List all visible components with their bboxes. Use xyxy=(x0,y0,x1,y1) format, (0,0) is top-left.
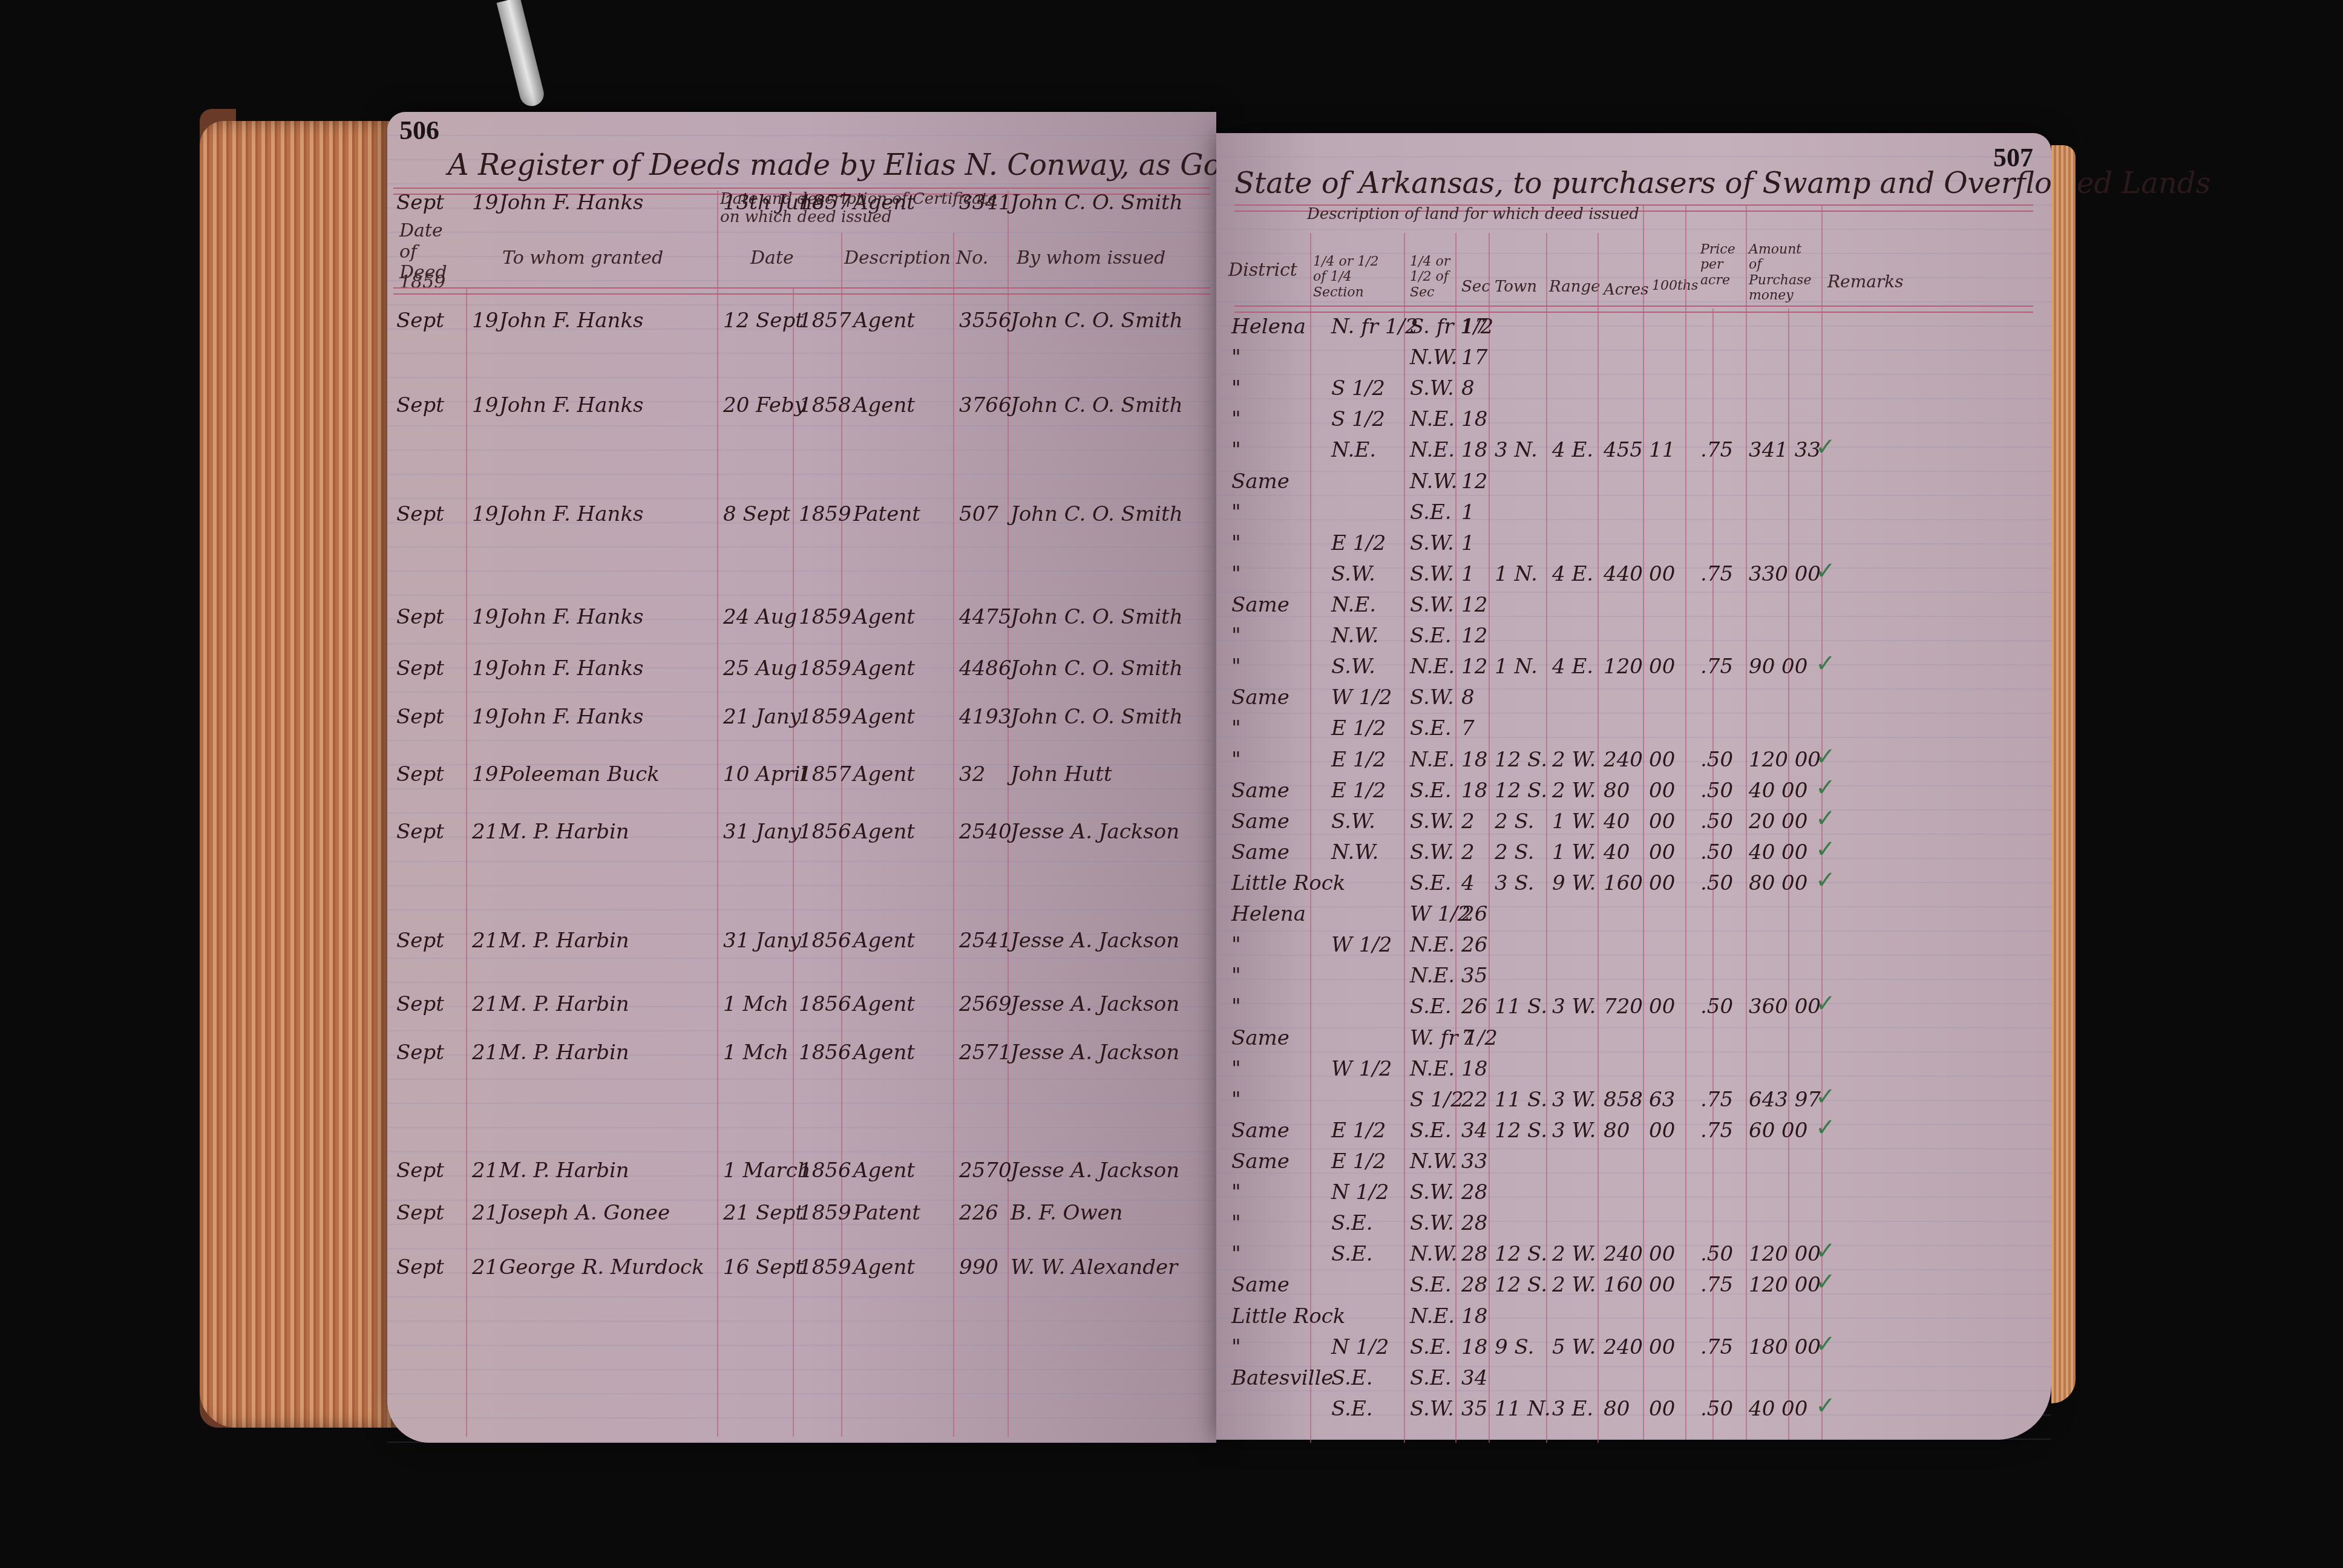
certificate-description: Patent xyxy=(853,502,920,526)
township: 11 S. xyxy=(1495,1088,1547,1112)
deed-month: Sept xyxy=(396,605,444,629)
issued-by: John C. O. Smith xyxy=(1011,502,1183,526)
certificate-date: 21 Sept xyxy=(723,1201,804,1225)
quarter-of-section: S.W. xyxy=(1410,593,1454,617)
deed-month: Sept xyxy=(396,992,444,1016)
purchase-amount: 90 00 xyxy=(1749,655,1807,679)
certificate-year: 1857 xyxy=(799,762,851,786)
certificate-description: Agent xyxy=(853,656,915,681)
range: 2 W. xyxy=(1552,748,1596,772)
grantee-name: Poleeman Buck xyxy=(499,762,660,786)
township: 1 N. xyxy=(1495,655,1538,679)
district: " xyxy=(1231,716,1241,740)
quarter-of-section: N.W. xyxy=(1410,345,1457,370)
certificate-number: 2541 xyxy=(959,929,1012,953)
deed-month: Sept xyxy=(396,656,444,681)
checkmark-icon: ✓ xyxy=(1815,650,1836,678)
certificate-number: 4193 xyxy=(959,705,1012,729)
issued-by: John C. O. Smith xyxy=(1011,656,1183,681)
header-sec: Sec xyxy=(1461,278,1490,296)
certificate-year: 1856 xyxy=(799,1158,851,1183)
quarter-of-section: N.E. xyxy=(1410,1057,1455,1081)
quarter-of-section: S.W. xyxy=(1410,840,1454,864)
township: 12 S. xyxy=(1495,1119,1547,1143)
quarter-of-section: S.E. xyxy=(1410,871,1452,895)
section-number: 8 xyxy=(1461,685,1475,710)
checkmark-icon: ✓ xyxy=(1815,990,1836,1018)
quarter-quarter-section: E 1/2 xyxy=(1331,1119,1386,1143)
grantee-name: John F. Hanks xyxy=(499,191,643,215)
district: " xyxy=(1231,655,1241,679)
purchase-amount: 40 00 xyxy=(1749,840,1807,864)
acres-hundredths: 00 xyxy=(1649,779,1675,803)
certificate-date: 1 March xyxy=(723,1158,811,1183)
acres: 720 xyxy=(1604,995,1643,1019)
header-quarter-section: 1/4 or 1/2 of 1/4 Section xyxy=(1313,254,1386,300)
section-number: 18 xyxy=(1461,1057,1487,1081)
deed-day: 21 xyxy=(472,820,498,844)
checkmark-icon: ✓ xyxy=(1815,1330,1836,1358)
township: 12 S. xyxy=(1495,1273,1547,1297)
district: Same xyxy=(1231,1026,1289,1050)
section-number: 12 xyxy=(1461,593,1487,617)
quarter-of-section: S.W. xyxy=(1410,685,1454,710)
quarter-of-section: S.E. xyxy=(1410,1273,1452,1297)
quarter-quarter-section: S.W. xyxy=(1331,562,1375,586)
deed-day: 19 xyxy=(472,309,498,333)
acres-hundredths: 63 xyxy=(1649,1088,1675,1112)
certificate-description: Agent xyxy=(853,1158,915,1183)
certificate-number: 32 xyxy=(959,762,985,786)
section-number: 28 xyxy=(1461,1242,1487,1266)
acres-hundredths: 00 xyxy=(1649,995,1675,1019)
district: " xyxy=(1231,624,1241,648)
acres: 440 xyxy=(1604,562,1643,586)
section-number: 22 xyxy=(1461,1088,1487,1112)
deed-month: Sept xyxy=(396,820,444,844)
grantee-name: George R. Murdock xyxy=(499,1255,704,1279)
header-to-whom-granted: To whom granted xyxy=(502,248,663,269)
quarter-quarter-section: S.E. xyxy=(1331,1397,1373,1421)
price-per-acre: .75 xyxy=(1700,1335,1733,1359)
quarter-quarter-section: E 1/2 xyxy=(1331,748,1386,772)
district: " xyxy=(1231,407,1241,431)
section-number: 35 xyxy=(1461,1397,1487,1421)
issued-by: Jesse A. Jackson xyxy=(1011,820,1179,844)
range: 1 W. xyxy=(1552,809,1596,834)
range: 2 W. xyxy=(1552,1273,1596,1297)
section-number: 28 xyxy=(1461,1211,1487,1235)
header-by-whom-issued: By whom issued xyxy=(1017,248,1165,269)
quarter-quarter-section: S 1/2 xyxy=(1331,376,1385,400)
deed-month: Sept xyxy=(396,502,444,526)
page-stack-edge xyxy=(200,121,405,1428)
certificate-number: 2570 xyxy=(959,1158,1012,1183)
quarter-quarter-section: N.E. xyxy=(1331,593,1376,617)
checkmark-icon: ✓ xyxy=(1815,866,1836,894)
deed-day: 21 xyxy=(472,929,498,953)
section-number: 17 xyxy=(1461,315,1487,339)
certificate-description: Patent xyxy=(853,1201,920,1225)
acres-hundredths: 00 xyxy=(1649,1119,1675,1143)
certificate-number: 2571 xyxy=(959,1040,1012,1065)
section-number: 35 xyxy=(1461,964,1487,988)
district: " xyxy=(1231,1088,1241,1112)
deed-month: Sept xyxy=(396,1158,444,1183)
quarter-quarter-section: N 1/2 xyxy=(1331,1335,1389,1359)
section-number: 18 xyxy=(1461,779,1487,803)
certificate-description: Agent xyxy=(853,309,915,333)
price-per-acre: .50 xyxy=(1700,779,1733,803)
acres-hundredths: 00 xyxy=(1649,809,1675,834)
certificate-number: 4486 xyxy=(959,656,1012,681)
checkmark-icon: ✓ xyxy=(1815,433,1836,461)
acres-hundredths: 00 xyxy=(1649,1242,1675,1266)
acres: 120 xyxy=(1604,655,1643,679)
purchase-amount: 120 00 xyxy=(1749,1242,1821,1266)
section-number: 33 xyxy=(1461,1149,1487,1174)
acres-hundredths: 00 xyxy=(1649,871,1675,895)
header-no: No. xyxy=(956,248,988,269)
deed-day: 19 xyxy=(472,605,498,629)
deed-month: Sept xyxy=(396,393,444,417)
price-per-acre: .50 xyxy=(1700,1397,1733,1421)
range: 3 E. xyxy=(1552,1397,1593,1421)
header-acres: Acres xyxy=(1604,281,1649,299)
acres: 80 xyxy=(1604,1397,1630,1421)
issued-by: John Hutt xyxy=(1011,762,1112,786)
grantee-name: M. P. Harbin xyxy=(499,820,629,844)
deed-day: 21 xyxy=(472,1158,498,1183)
quarter-of-section: S.W. xyxy=(1410,1397,1454,1421)
certificate-year: 1856 xyxy=(799,820,851,844)
header-remarks: Remarks xyxy=(1827,272,1904,292)
district: Same xyxy=(1231,593,1289,617)
certificate-date: 1 Mch xyxy=(723,1040,788,1065)
range: 9 W. xyxy=(1552,871,1596,895)
acres-hundredths: 00 xyxy=(1649,1335,1675,1359)
quarter-of-section: S 1/2 xyxy=(1410,1088,1464,1112)
district: " xyxy=(1231,1242,1241,1266)
district: Same xyxy=(1231,469,1289,494)
district: " xyxy=(1231,376,1241,400)
checkmark-icon: ✓ xyxy=(1815,835,1836,863)
page-number: 506 xyxy=(399,115,439,146)
quarter-of-section: S.W. xyxy=(1410,562,1454,586)
section-number: 4 xyxy=(1461,871,1475,895)
certificate-year: 1859 xyxy=(799,1201,851,1225)
range: 4 E. xyxy=(1552,655,1593,679)
price-per-acre: .50 xyxy=(1700,1242,1733,1266)
certificate-year: 1856 xyxy=(799,1040,851,1065)
certificate-year: 1857 xyxy=(799,191,851,215)
quarter-quarter-section: S.E. xyxy=(1331,1366,1373,1390)
quarter-of-section: N.E. xyxy=(1410,655,1455,679)
ledger-page-left: 506 A Register of Deeds made by Elias N.… xyxy=(387,112,1216,1443)
section-number: 28 xyxy=(1461,1273,1487,1297)
range: 2 W. xyxy=(1552,779,1596,803)
checkmark-icon: ✓ xyxy=(1815,1268,1836,1296)
quarter-quarter-section: N.W. xyxy=(1331,624,1378,648)
certificate-date: 31 Jany xyxy=(723,929,801,953)
deed-month: Sept xyxy=(396,1255,444,1279)
deed-day: 19 xyxy=(472,705,498,729)
checkmark-icon: ✓ xyxy=(1815,1392,1836,1420)
certificate-description: Agent xyxy=(853,929,915,953)
header-of-sec: 1/4 or 1/2 of Sec xyxy=(1410,254,1458,300)
price-per-acre: .75 xyxy=(1700,438,1733,462)
quarter-quarter-section: E 1/2 xyxy=(1331,779,1386,803)
township: 12 S. xyxy=(1495,1242,1547,1266)
section-number: 1 xyxy=(1461,562,1475,586)
issued-by: Jesse A. Jackson xyxy=(1011,992,1179,1016)
issued-by: John C. O. Smith xyxy=(1011,393,1183,417)
section-number: 18 xyxy=(1461,1304,1487,1328)
range: 4 E. xyxy=(1552,562,1593,586)
section-number: 17 xyxy=(1461,345,1487,370)
bookmark-clip xyxy=(497,0,546,108)
district: " xyxy=(1231,964,1241,988)
section-number: 28 xyxy=(1461,1180,1487,1204)
township: 12 S. xyxy=(1495,748,1547,772)
range: 2 W. xyxy=(1552,1242,1596,1266)
purchase-amount: 120 00 xyxy=(1749,748,1821,772)
purchase-amount: 360 00 xyxy=(1749,995,1821,1019)
issued-by: B. F. Owen xyxy=(1011,1201,1123,1225)
grantee-name: M. P. Harbin xyxy=(499,992,629,1016)
district: " xyxy=(1231,531,1241,555)
quarter-of-section: S.E. xyxy=(1410,779,1452,803)
ledger-page-right: 507 State of Arkansas, to purchasers of … xyxy=(1216,133,2051,1440)
page-stack-edge-right xyxy=(2051,145,2076,1403)
price-per-acre: .75 xyxy=(1700,1273,1733,1297)
quarter-of-section: S.E. xyxy=(1410,1119,1452,1143)
certificate-description: Agent xyxy=(853,191,915,215)
quarter-of-section: S.W. xyxy=(1410,531,1454,555)
certificate-description: Agent xyxy=(853,605,915,629)
district: " xyxy=(1231,1211,1241,1235)
certificate-number: 990 xyxy=(959,1255,998,1279)
purchase-amount: 643 97 xyxy=(1749,1088,1821,1112)
quarter-of-section: N.E. xyxy=(1410,1304,1455,1328)
quarter-of-section: N.E. xyxy=(1410,964,1455,988)
purchase-amount: 80 00 xyxy=(1749,871,1807,895)
quarter-of-section: W. fr 1/2 xyxy=(1410,1026,1498,1050)
header-land-group: Description of land for which deed issue… xyxy=(1307,206,1646,224)
quarter-of-section: N.W. xyxy=(1410,469,1457,494)
header-amount: Amount of Purchase money xyxy=(1749,242,1815,303)
district: Same xyxy=(1231,1149,1289,1174)
deed-day: 19 xyxy=(472,393,498,417)
grantee-name: John F. Hanks xyxy=(499,393,643,417)
certificate-date: 10 April xyxy=(723,762,807,786)
district: " xyxy=(1231,562,1241,586)
township: 1 N. xyxy=(1495,562,1538,586)
certificate-date: 31 Jany xyxy=(723,820,801,844)
section-number: 1 xyxy=(1461,531,1475,555)
quarter-of-section: N.E. xyxy=(1410,407,1455,431)
checkmark-icon: ✓ xyxy=(1815,743,1836,771)
certificate-date: 16 Sept xyxy=(723,1255,804,1279)
certificate-year: 1859 xyxy=(799,605,851,629)
certificate-number: 3341 xyxy=(959,191,1012,215)
range: 5 W. xyxy=(1552,1335,1596,1359)
issued-by: Jesse A. Jackson xyxy=(1011,929,1179,953)
acres: 240 xyxy=(1604,1335,1643,1359)
range: 3 W. xyxy=(1552,1119,1596,1143)
certificate-year: 1859 xyxy=(799,502,851,526)
acres: 40 xyxy=(1604,840,1630,864)
certificate-number: 507 xyxy=(959,502,998,526)
deed-day: 19 xyxy=(472,656,498,681)
deed-month: Sept xyxy=(396,309,444,333)
section-number: 12 xyxy=(1461,655,1487,679)
township: 2 S. xyxy=(1495,840,1534,864)
certificate-date: 1 Mch xyxy=(723,992,788,1016)
quarter-quarter-section: E 1/2 xyxy=(1331,716,1386,740)
district: Helena xyxy=(1231,902,1306,926)
purchase-amount: 20 00 xyxy=(1749,809,1807,834)
quarter-of-section: N.W. xyxy=(1410,1149,1457,1174)
price-per-acre: .50 xyxy=(1700,871,1733,895)
section-number: 7 xyxy=(1461,716,1475,740)
deed-day: 19 xyxy=(472,502,498,526)
checkmark-icon: ✓ xyxy=(1815,1083,1836,1111)
district: Same xyxy=(1231,779,1289,803)
district: Same xyxy=(1231,1273,1289,1297)
district: Same xyxy=(1231,685,1289,710)
certificate-date: 24 Aug xyxy=(723,605,797,629)
checkmark-icon: ✓ xyxy=(1815,557,1836,585)
issued-by: Jesse A. Jackson xyxy=(1011,1040,1179,1065)
header-range: Range xyxy=(1549,278,1600,296)
acres-hundredths: 00 xyxy=(1649,1273,1675,1297)
deed-day: 21 xyxy=(472,1040,498,1065)
township: 2 S. xyxy=(1495,809,1534,834)
checkmark-icon: ✓ xyxy=(1815,805,1836,832)
section-number: 26 xyxy=(1461,933,1487,957)
grantee-name: M. P. Harbin xyxy=(499,1040,629,1065)
certificate-description: Agent xyxy=(853,393,915,417)
acres-hundredths: 00 xyxy=(1649,655,1675,679)
quarter-of-section: S.W. xyxy=(1410,1211,1454,1235)
price-per-acre: .50 xyxy=(1700,995,1733,1019)
district: Little Rock xyxy=(1231,871,1345,895)
header-hundredths: 100ths xyxy=(1652,278,1698,293)
quarter-quarter-section: S.E. xyxy=(1331,1242,1373,1266)
district: " xyxy=(1231,1335,1241,1359)
section-number: 12 xyxy=(1461,469,1487,494)
township: 3 N. xyxy=(1495,438,1538,462)
section-number: 26 xyxy=(1461,995,1487,1019)
district: " xyxy=(1231,345,1241,370)
quarter-of-section: N.W. xyxy=(1410,1242,1457,1266)
certificate-year: 1856 xyxy=(799,929,851,953)
range: 4 E. xyxy=(1552,438,1593,462)
quarter-of-section: S.E. xyxy=(1410,995,1452,1019)
acres: 160 xyxy=(1604,1273,1643,1297)
township: 3 S. xyxy=(1495,871,1534,895)
purchase-amount: 40 00 xyxy=(1749,779,1807,803)
acres: 455 xyxy=(1604,438,1643,462)
district: " xyxy=(1231,1057,1241,1081)
grantee-name: M. P. Harbin xyxy=(499,1158,629,1183)
issued-by: John C. O. Smith xyxy=(1011,309,1183,333)
purchase-amount: 341 33 xyxy=(1749,438,1821,462)
certificate-year: 1859 xyxy=(799,1255,851,1279)
acres: 80 xyxy=(1604,1119,1630,1143)
header-bottom-rule xyxy=(393,287,1210,295)
certificate-date: 12 Sept xyxy=(723,309,804,333)
section-number: 18 xyxy=(1461,1335,1487,1359)
section-number: 7 xyxy=(1461,1026,1475,1050)
checkmark-icon: ✓ xyxy=(1815,1114,1836,1142)
price-per-acre: .75 xyxy=(1700,655,1733,679)
township: 12 S. xyxy=(1495,779,1547,803)
price-per-acre: .75 xyxy=(1700,1119,1733,1143)
quarter-of-section: S.E. xyxy=(1410,624,1452,648)
quarter-of-section: N.E. xyxy=(1410,933,1455,957)
grantee-name: John F. Hanks xyxy=(499,656,643,681)
section-number: 34 xyxy=(1461,1119,1487,1143)
quarter-quarter-section: N.W. xyxy=(1331,840,1378,864)
quarter-of-section: N.E. xyxy=(1410,438,1455,462)
acres: 40 xyxy=(1604,809,1630,834)
acres: 80 xyxy=(1604,779,1630,803)
certificate-number: 3766 xyxy=(959,393,1012,417)
certificate-number: 2569 xyxy=(959,992,1012,1016)
grantee-name: Joseph A. Gonee xyxy=(499,1201,670,1225)
range: 1 W. xyxy=(1552,840,1596,864)
quarter-quarter-section: N. fr 1/2 xyxy=(1331,315,1418,339)
grantee-name: M. P. Harbin xyxy=(499,929,629,953)
certificate-date: 21 Jany xyxy=(723,705,801,729)
quarter-quarter-section: S 1/2 xyxy=(1331,407,1385,431)
acres: 240 xyxy=(1604,1242,1643,1266)
certificate-number: 3556 xyxy=(959,309,1012,333)
district: Same xyxy=(1231,809,1289,834)
deed-month: Sept xyxy=(396,1201,444,1225)
deed-day: 19 xyxy=(472,762,498,786)
purchase-amount: 330 00 xyxy=(1749,562,1821,586)
quarter-quarter-section: W 1/2 xyxy=(1331,685,1392,710)
quarter-quarter-section: N 1/2 xyxy=(1331,1180,1389,1204)
quarter-of-section: S.W. xyxy=(1410,1180,1454,1204)
certificate-date: 8 Sept xyxy=(723,502,790,526)
township: 11 S. xyxy=(1495,995,1547,1019)
district: Same xyxy=(1231,840,1289,864)
purchase-amount: 120 00 xyxy=(1749,1273,1821,1297)
certificate-number: 2540 xyxy=(959,820,1012,844)
range: 3 W. xyxy=(1552,1088,1596,1112)
certificate-year: 1856 xyxy=(799,992,851,1016)
quarter-of-section: N.E. xyxy=(1410,748,1455,772)
district: " xyxy=(1231,933,1241,957)
deed-day: 21 xyxy=(472,1255,498,1279)
price-per-acre: .50 xyxy=(1700,840,1733,864)
certificate-date: 25 Aug xyxy=(723,656,797,681)
certificate-description: Agent xyxy=(853,820,915,844)
grantee-name: John F. Hanks xyxy=(499,705,643,729)
certificate-number: 4475 xyxy=(959,605,1012,629)
district: Same xyxy=(1231,1119,1289,1143)
certificate-number: 226 xyxy=(959,1201,998,1225)
section-number: 26 xyxy=(1461,902,1487,926)
acres-hundredths: 00 xyxy=(1649,1397,1675,1421)
deed-month: Sept xyxy=(396,929,444,953)
certificate-date: 20 Feby xyxy=(723,393,806,417)
issued-by: John C. O. Smith xyxy=(1011,705,1183,729)
